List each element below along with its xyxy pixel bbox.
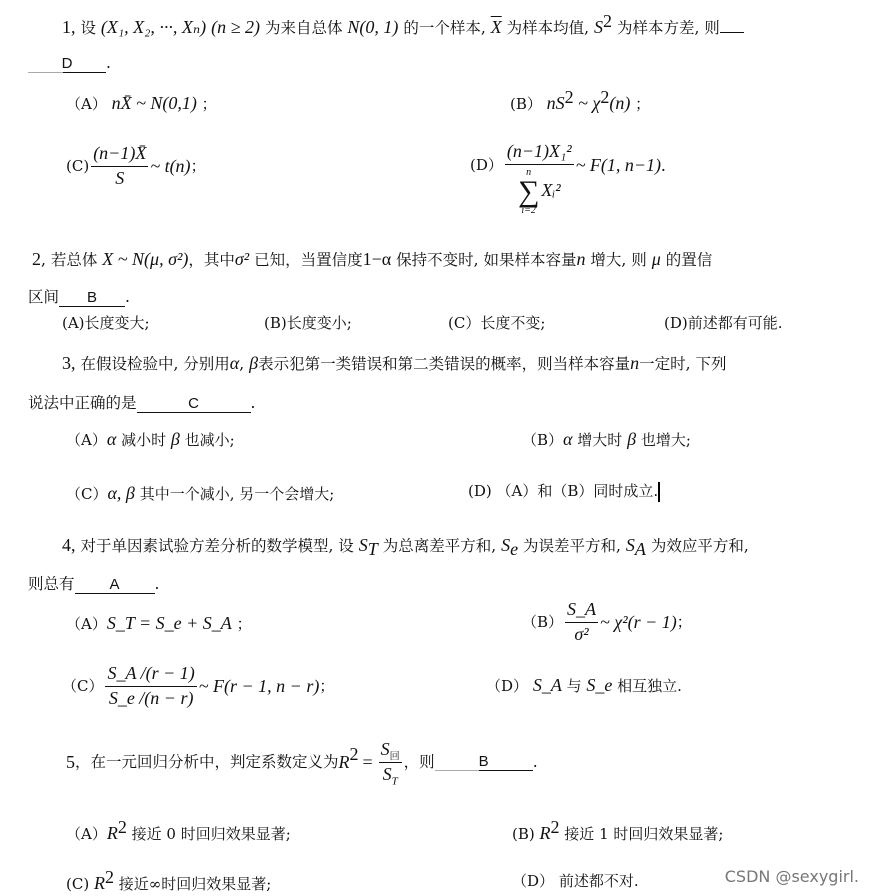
- question-3-option-c: （C）α, β 其中一个减小, 另一个会增大;: [66, 484, 334, 502]
- question-1-option-c: (C) (n−1)X̄ S ~ t(n) ；: [66, 144, 206, 189]
- question-2-answer-line: 区间B.: [28, 290, 130, 307]
- question-5-option-c: (C) R2 接近∞时回归效果显著;: [66, 874, 271, 892]
- question-5-option-a: （A）R2 接近 0 时回归效果显著;: [66, 824, 291, 842]
- answer-text: A: [110, 576, 120, 593]
- question-3-option-b: （B）α 增大时 β 也增大;: [522, 430, 691, 448]
- answer-blank[interactable]: B: [59, 290, 125, 307]
- fraction: S_A σ²: [565, 600, 598, 645]
- question-3-answer-line: 说法中正确的是C.: [28, 396, 255, 413]
- question-number: 4,: [62, 535, 76, 555]
- question-number: 3,: [62, 353, 76, 373]
- answer-text: B: [479, 753, 489, 770]
- answer-text: C: [188, 395, 199, 412]
- fraction: S_A /(r − 1) S_e /(n − r): [105, 664, 196, 709]
- question-3-option-d: (D) （A）和（B）同时成立.: [468, 484, 658, 499]
- answer-text: D: [62, 55, 73, 72]
- question-2-option-d: (D)前述都有可能.: [664, 316, 783, 331]
- question-number: 2: [32, 249, 41, 269]
- question-1-stem: 1, 设 (X₁, X₂, ···, Xₙ) (n ≥ 2) 为来自总体 N(0…: [62, 18, 744, 37]
- fraction: (n−1)X̄ S: [91, 144, 148, 189]
- summation-icon: n ∑ i=2: [518, 167, 539, 216]
- answer-blank[interactable]: C: [137, 396, 251, 413]
- text-cursor: [658, 482, 660, 502]
- answer-blank[interactable]: A: [75, 577, 155, 594]
- question-4-option-c: （C） S_A /(r − 1) S_e /(n − r) ~ F(r − 1,…: [62, 664, 334, 709]
- watermark: CSDN @sexygirl.: [725, 867, 859, 886]
- question-4-stem: 4, 对于单因素试验方差分析的数学模型, 设 ST 为总离差平方和, Se 为误…: [62, 536, 749, 555]
- answer-blank[interactable]: B: [435, 754, 533, 771]
- question-5-stem: 5，在一元回归分析中，判定系数定义为 R2 = S回 ST ，则B.: [66, 740, 538, 785]
- question-number: 5: [66, 753, 75, 771]
- question-2-stem: 2, 若总体 X ~ N(μ, σ²)，其中σ² 已知，当置信度1−α 保持不变…: [32, 250, 712, 269]
- question-1-option-b: (B） nS2 ~ χ2(n) ；: [510, 94, 650, 112]
- question-1-option-a: （A） nX̄ ~ N(0,1) ；: [66, 94, 217, 112]
- question-4-option-a: （A）S_T = S_e + S_A ；: [66, 614, 252, 632]
- question-1-answer-line: D.: [28, 56, 111, 73]
- document-page: 1, 设 (X₁, X₂, ···, Xₙ) (n ≥ 2) 为来自总体 N(0…: [0, 0, 873, 896]
- question-3-option-a: （A）α 减小时 β 也减小;: [66, 430, 235, 448]
- question-4-option-d: （D） S_A 与 S_e 相互独立.: [486, 676, 682, 694]
- question-5-option-b: (B) R2 接近 1 时回归效果显著;: [512, 824, 723, 842]
- answer-text: B: [87, 289, 97, 306]
- question-4-answer-line: 则总有A.: [28, 577, 159, 594]
- answer-blank[interactable]: D: [28, 56, 106, 73]
- question-2-option-a: (A)长度变大;: [62, 316, 150, 331]
- question-4-option-b: （B） S_A σ² ~ χ²(r − 1) ；: [522, 600, 692, 645]
- fraction: S回 ST: [379, 740, 402, 785]
- question-5-option-d: （D） 前述都不对.: [512, 874, 639, 889]
- question-2-option-b: (B)长度变小;: [264, 316, 352, 331]
- fraction: (n−1)X₁² n ∑ i=2 Xᵢ²: [505, 142, 574, 216]
- question-1-option-d: (D） (n−1)X₁² n ∑ i=2 Xᵢ² ~ F(1, n−1) .: [470, 142, 666, 216]
- question-3-stem: 3, 在假设检验中, 分别用α, β表示犯第一类错误和第二类错误的概率，则当样本…: [62, 354, 726, 373]
- question-number: 1,: [62, 17, 76, 37]
- question-2-option-c: (C）长度不变;: [448, 316, 545, 331]
